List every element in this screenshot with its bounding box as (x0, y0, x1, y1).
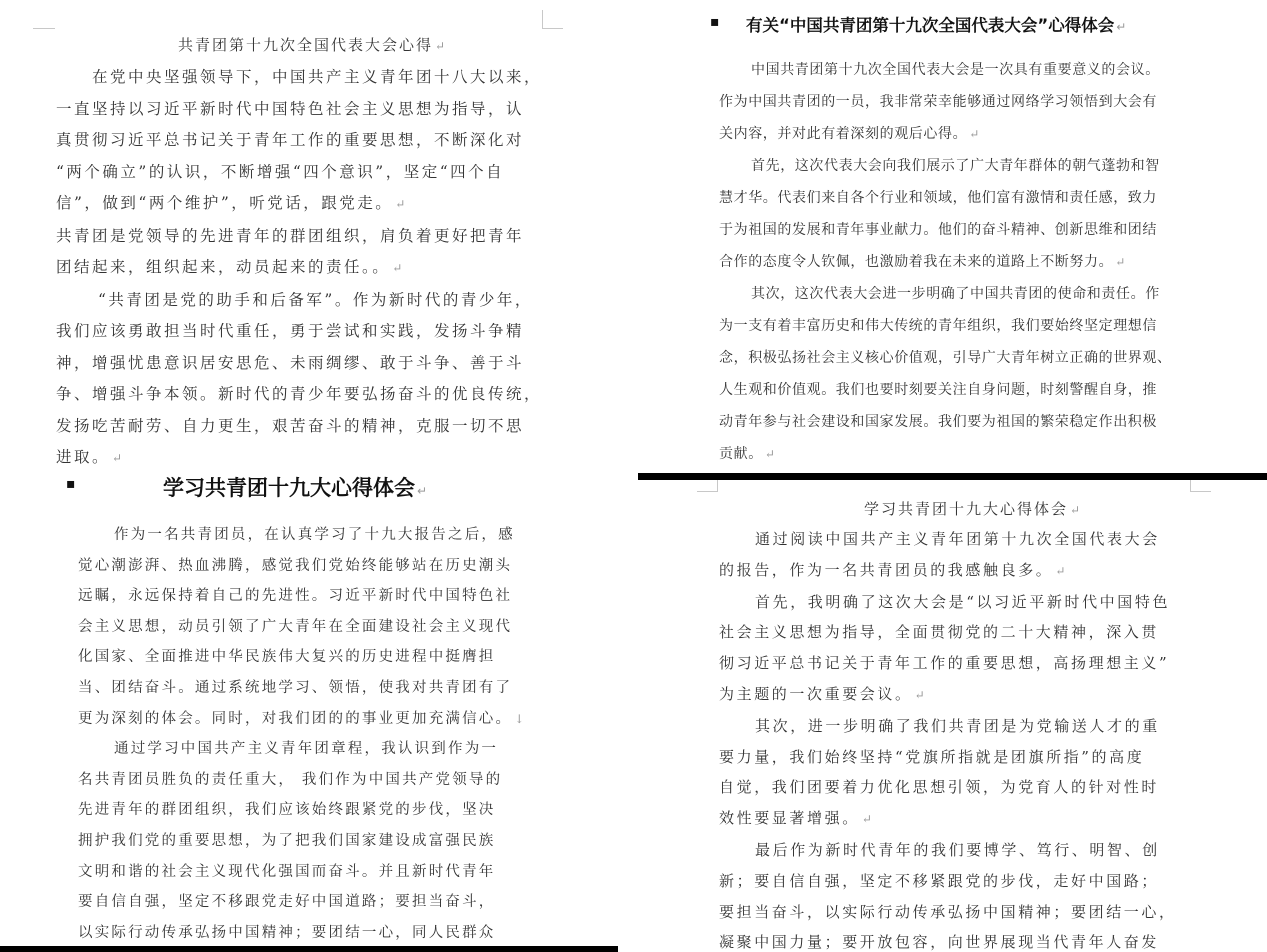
paragraph-mark: ↵ (1116, 20, 1126, 34)
page-top-right: ▪ 有关“中国共青团第十九次全国代表大会”心得体会↵ 中国共青团第十九次全国代表… (640, 0, 1267, 472)
heading-bullet: ▪ (66, 476, 76, 492)
paragraph-mark: ↵ (915, 688, 928, 702)
doc-heading: 有关“中国共青团第十九次全国代表大会”心得体会↵ (746, 12, 1126, 36)
corner-mark-top-right (542, 10, 563, 29)
paragraph-mark: ↵ (435, 39, 447, 53)
page-bottom-right: 学习共青团十九大心得体会↵ 通过阅读中国共产主义青年团第十九次全国代表大会 的报… (640, 480, 1267, 952)
heading-bullet: ▪ (710, 14, 720, 30)
corner-mark-top-left (33, 28, 55, 29)
page-separator-bottom-left (0, 946, 618, 952)
line-break-mark: ↓ (514, 712, 526, 726)
corner-mark-top-left (697, 480, 718, 492)
paragraph-mark: ↵ (1115, 255, 1126, 269)
doc-title: 学习共青团十九大心得体会↵ (864, 498, 1082, 519)
doc-title: 共青团第十九次全国代表大会心得↵ (178, 34, 447, 55)
paragraph-mark: ↵ (862, 812, 875, 826)
paragraph-mark: ↵ (395, 197, 408, 211)
page-bottom-left: ▪ 学习共青团十九大心得体会↵ 作为一名共青团员，在认真学习了十九大报告之后，感… (0, 468, 620, 946)
corner-mark-top-right (1190, 480, 1211, 492)
paragraph: 通过阅读中国共产主义青年团第十九次全国代表大会 的报告，作为一名共青团员的我感触… (719, 524, 1177, 952)
paragraph-mark: ↵ (969, 127, 980, 141)
paragraph-mark: ↵ (1055, 564, 1068, 578)
doc-heading: 学习共青团十九大心得体会↵ (163, 472, 427, 502)
paragraph: 作为一名共青团员，在认真学习了十九大报告之后，感 觉心潮澎湃、热血沸腾，感觉我们… (78, 520, 526, 946)
paragraph-mark: ↵ (112, 451, 125, 465)
page-top-left: 共青团第十九次全国代表大会心得↵ 在党中央坚强领导下，中国共产主义青年团十八大以… (0, 0, 620, 468)
paragraph: 中国共青团第十九次全国代表大会是一次具有重要意义的会议。 作为中国共青团的一员，… (719, 54, 1172, 470)
paragraph: 在党中央坚强领导下，中国共产主义青年团十八大以来， 一直坚持以习近平新时代中国特… (56, 62, 542, 468)
paragraph-mark: ↵ (765, 447, 776, 461)
paragraph-mark: ↵ (1070, 503, 1082, 517)
paragraph-mark: ↵ (417, 484, 427, 498)
paragraph-mark: ↵ (392, 261, 405, 275)
page-separator-top-right (638, 473, 1267, 480)
